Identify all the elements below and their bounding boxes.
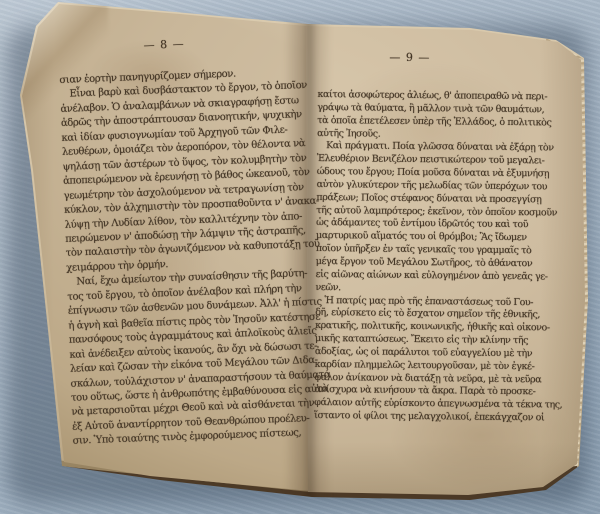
right-page-number: — 9 —	[318, 50, 560, 67]
left-page-content: — 8 — σιαν ἑορτὴν πανηγυρίζομεν σήμερον.…	[58, 33, 311, 449]
right-page-content: — 9 — καίτοι ἀσοφώτερος ἁλιέως, θ' ἀποπε…	[314, 50, 560, 425]
right-page-text: καίτοι ἀσοφώτερος ἁλιέως, θ' ἀποπειραθῶ …	[314, 89, 559, 425]
book: — 8 — σιαν ἑορτὴν πανηγυρίζομεν σήμερον.…	[0, 0, 600, 514]
photo-background: — 8 — σιαν ἑορτὴν πανηγυρίζομεν σήμερον.…	[0, 0, 600, 514]
left-page-text: σιαν ἑορτὴν πανηγυρίζομεν σήμερον. Εἶναι…	[59, 65, 311, 449]
